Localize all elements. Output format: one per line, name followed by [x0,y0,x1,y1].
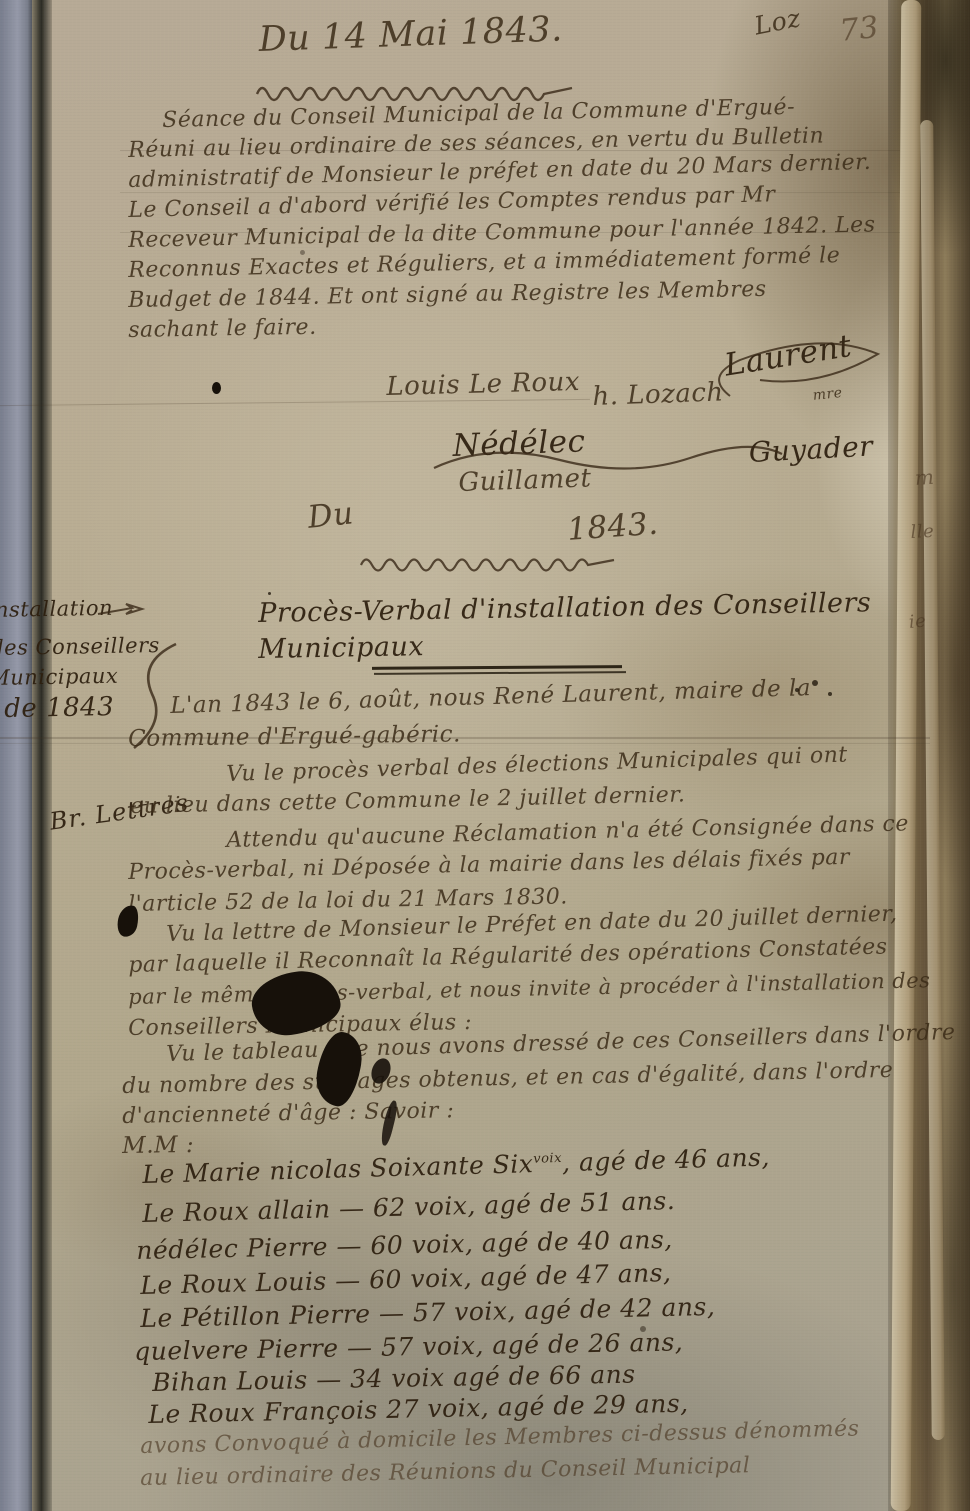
margin-note-line: de 1843 [4,692,114,724]
paper-speck [268,592,271,595]
ink-speck [795,688,799,692]
paper-speck [300,250,305,255]
flourish-squiggle-2 [356,548,636,576]
councillor-insert-voix: voix [533,1151,562,1167]
vu-tableau-line: M.M : [122,1132,194,1159]
paper-speck [640,1326,646,1332]
edge-fragment: lle [910,521,935,543]
page-number: 73 [838,10,881,49]
ink-dot [212,382,221,394]
margin-arrow-stroke [96,602,146,620]
signature-flourish [430,440,790,480]
signature-louis-le-roux: Louis Le Roux [386,367,580,402]
ink-speck [812,680,818,686]
edge-fragment: m [914,465,935,490]
ink-speck [828,692,832,696]
pv-heading-line2: Municipaux [258,631,424,665]
opening-line: Commune d'Ergué-gabéric. [128,721,461,752]
session-line: sachant le faire. [128,315,317,343]
binding-shadow [28,0,52,1511]
councillor-text: , agé de 46 ans, [562,1142,771,1177]
section-du: Du [306,495,355,536]
margin-note-line: Municipaux [0,664,118,690]
manuscript-page: Du 14 Mai 1843. Loz 73 Séance du Conseil… [0,0,970,1511]
laurent-paraph [700,336,890,406]
edge-fragment: ie [908,610,927,632]
section-year: 1843. [566,506,660,548]
